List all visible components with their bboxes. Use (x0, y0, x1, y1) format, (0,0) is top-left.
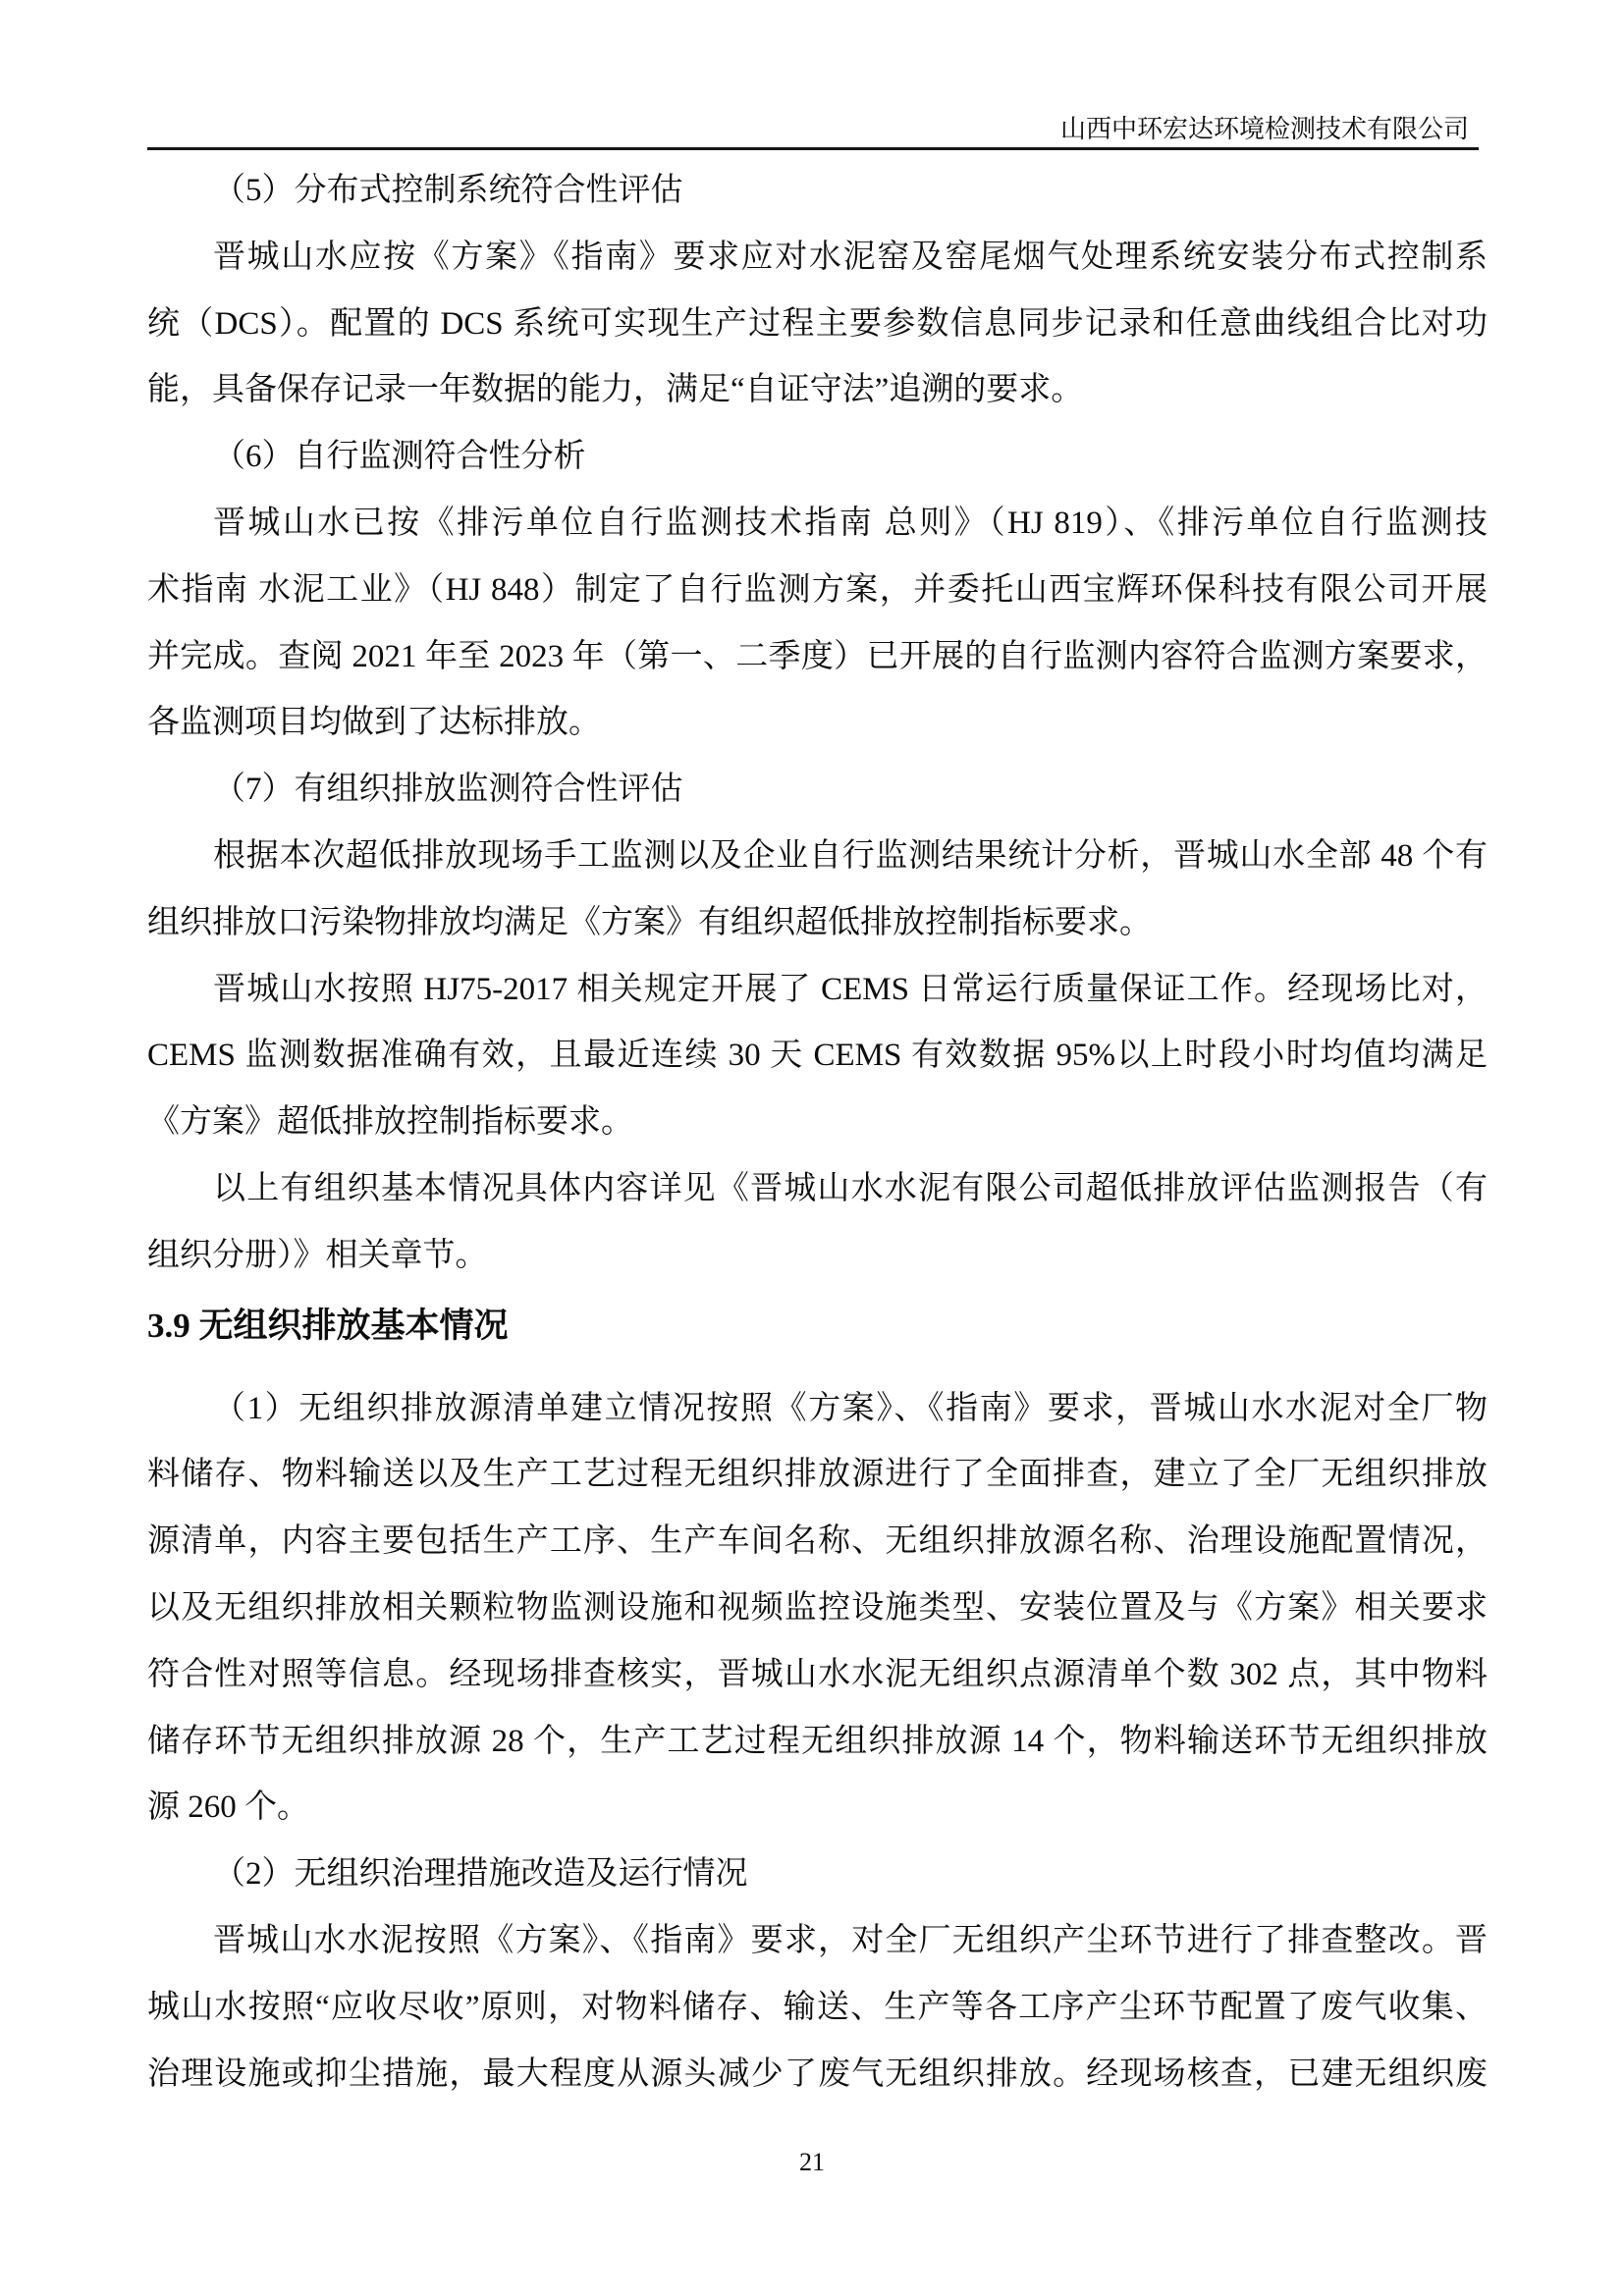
text-line: 统（DCS）。配置的 DCS 系统可实现生产过程主要参数信息同步记录和任意曲线组… (147, 292, 1488, 358)
text-line: 晋城山水已按《排污单位自行监测技术指南 总则》（HJ 819）、《排污单位自行监… (147, 491, 1488, 558)
text-line: 《方案》超低排放控制指标要求。 (147, 1090, 1488, 1156)
page: 山西中环宏达环境检测技术有限公司 （5）分布式控制系统符合性评估 晋城山水应按《… (0, 0, 1624, 2296)
text-line: 以上有组织基本情况具体内容详见《晋城山水水泥有限公司超低排放评估监测报告（有 (147, 1156, 1488, 1223)
text-line: 符合性对照等信息。经现场排查核实，晋城山水水泥无组织点源清单个数 302 点，其… (147, 1642, 1488, 1709)
text-line: 治理设施或抑尘措施，最大程度从源头减少了废气无组织排放。经现场核查，已建无组织废 (147, 2042, 1488, 2109)
text-line: （5）分布式控制系统符合性评估 (147, 158, 1488, 225)
text-line: 能，具备保存记录一年数据的能力，满足“自证守法”追溯的要求。 (147, 357, 1488, 424)
text-line: 组织排放口污染物排放均满足《方案》有组织超低排放控制指标要求。 (147, 890, 1488, 957)
text-line: 并完成。查阅 2021 年至 2023 年（第一、二季度）已开展的自行监测内容符… (147, 624, 1488, 691)
text-line: 组织分册）》相关章节。 (147, 1223, 1488, 1290)
page-header: 山西中环宏达环境检测技术有限公司 (147, 0, 1479, 150)
text-line: 城山水按照“应收尽收”原则，对物料储存、输送、生产等各工序产尘环节配置了废气收集… (147, 1975, 1488, 2042)
company-name: 山西中环宏达环境检测技术有限公司 (1060, 115, 1469, 143)
text-line: 晋城山水应按《方案》《指南》要求应对水泥窑及窑尾烟气处理系统安装分布式控制系 (147, 225, 1488, 292)
document-body: （5）分布式控制系统符合性评估 晋城山水应按《方案》《指南》要求应对水泥窑及窑尾… (147, 158, 1488, 2108)
text-line: 各监测项目均做到了达标排放。 (147, 690, 1488, 757)
page-footer: 21 (0, 2148, 1624, 2177)
text-line: （7）有组织排放监测符合性评估 (147, 757, 1488, 824)
text-line: 晋城山水水泥按照《方案》、《指南》要求，对全厂无组织产尘环节进行了排查整改。晋 (147, 1908, 1488, 1975)
section-heading: 3.9 无组织排放基本情况 (147, 1290, 1488, 1362)
text-line: 以及无组织排放相关颗粒物监测设施和视频监控设施类型、安装位置及与《方案》相关要求 (147, 1575, 1488, 1642)
text-line: 料储存、物料输送以及生产工艺过程无组织排放源进行了全面排查，建立了全厂无组织排放 (147, 1442, 1488, 1509)
text-line: 源 260 个。 (147, 1775, 1488, 1842)
text-line: 术指南 水泥工业》（HJ 848）制定了自行监测方案，并委托山西宝辉环保科技有限… (147, 558, 1488, 624)
text-line: 根据本次超低排放现场手工监测以及企业自行监测结果统计分析，晋城山水全部 48 个… (147, 824, 1488, 890)
page-number: 21 (799, 2148, 825, 2176)
text-line: （2）无组织治理措施改造及运行情况 (147, 1842, 1488, 1908)
text-line: 晋城山水按照 HJ75-2017 相关规定开展了 CEMS 日常运行质量保证工作… (147, 957, 1488, 1024)
text-line: CEMS 监测数据准确有效，且最近连续 30 天 CEMS 有效数据 95%以上… (147, 1023, 1488, 1090)
text-line: 储存环节无组织排放源 28 个，生产工艺过程无组织排放源 14 个，物料输送环节… (147, 1709, 1488, 1776)
text-line: 源清单，内容主要包括生产工序、生产车间名称、无组织排放源名称、治理设施配置情况， (147, 1509, 1488, 1575)
text-line: （6）自行监测符合性分析 (147, 424, 1488, 491)
text-line: （1）无组织排放源清单建立情况按照《方案》、《指南》要求，晋城山水水泥对全厂物 (147, 1376, 1488, 1443)
